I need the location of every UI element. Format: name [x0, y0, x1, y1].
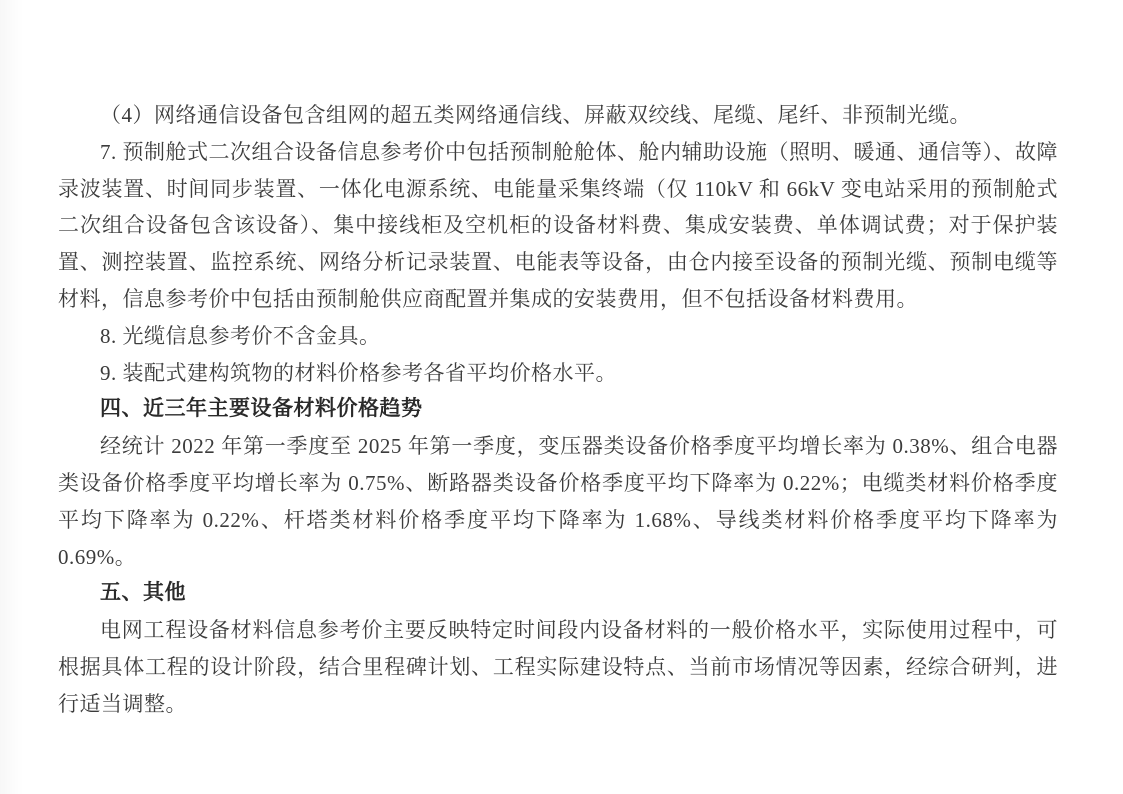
section-heading-other: 五、其他 — [58, 575, 1058, 612]
paragraph-optical-cable-note: 8. 光缆信息参考价不含金具。 — [58, 318, 1058, 355]
paragraph-prefab-cabin-note: 7. 预制舱式二次组合设备信息参考价中包括预制舱舱体、舱内辅助设施（照明、暖通、… — [58, 134, 1058, 318]
section-heading-price-trend: 四、近三年主要设备材料价格趋势 — [58, 391, 1058, 428]
paragraph-other-note: 电网工程设备材料信息参考价主要反映特定时间段内设备材料的一般价格水平，实际使用过… — [58, 612, 1058, 722]
paragraph-network-comm-note: （4）网络通信设备包含组网的超五类网络通信线、屏蔽双绞线、尾缆、尾纤、非预制光缆… — [58, 97, 1058, 134]
document-body: （4）网络通信设备包含组网的超五类网络通信线、屏蔽双绞线、尾缆、尾纤、非预制光缆… — [58, 97, 1058, 723]
paragraph-price-trend-stats: 经统计 2022 年第一季度至 2025 年第一季度，变压器类设备价格季度平均增… — [58, 428, 1058, 575]
paragraph-prefab-structure-note: 9. 装配式建构筑物的材料价格参考各省平均价格水平。 — [58, 355, 1058, 392]
document-page: （4）网络通信设备包含组网的超五类网络通信线、屏蔽双绞线、尾缆、尾纤、非预制光缆… — [0, 0, 1123, 794]
